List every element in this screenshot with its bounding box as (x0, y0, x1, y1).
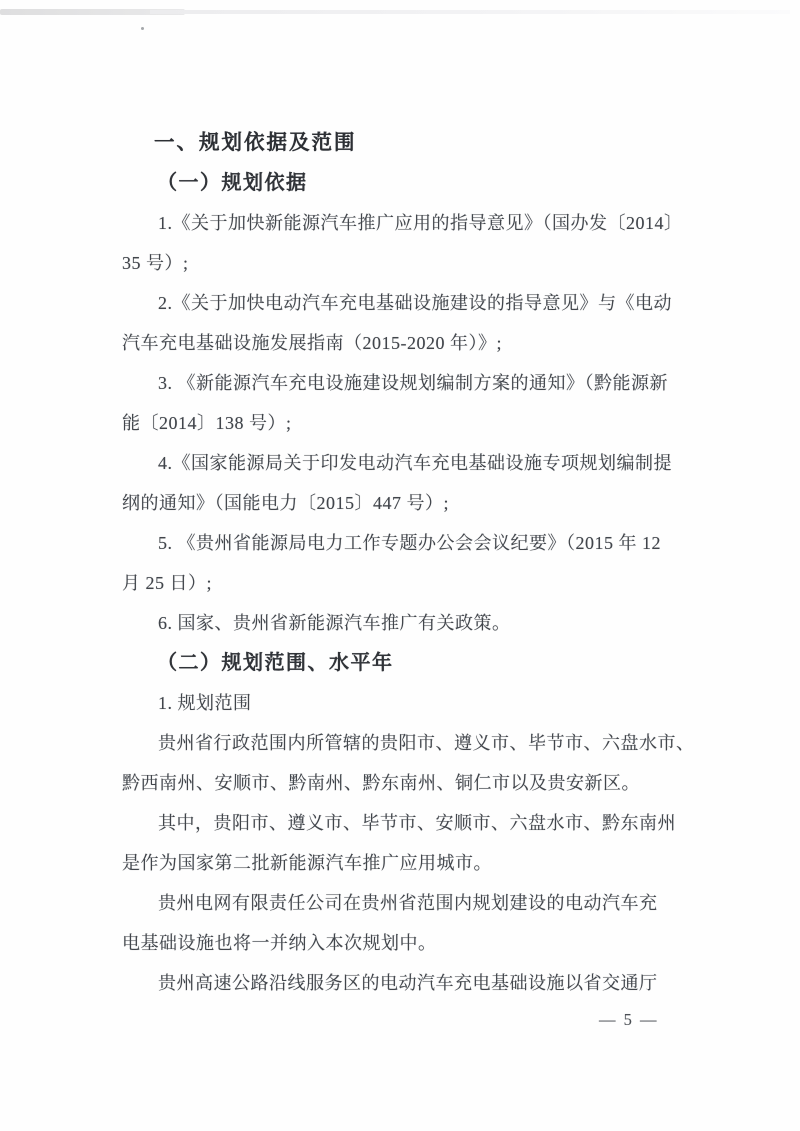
body-line: 其中，贵阳市、遵义市、毕节市、安顺市、六盘水市、黔东南州 (158, 810, 676, 836)
subsection-heading-2: （二）规划范围、水平年 (157, 650, 394, 676)
body-line: 3. 《新能源汽车充电设施建设规划编制方案的通知》（黔能源新 (158, 370, 668, 396)
body-line: 纲的通知》（国能电力〔2015〕447 号）; (122, 490, 449, 516)
body-line: 贵州电网有限责任公司在贵州省范围内规划建设的电动汽车充 (158, 890, 658, 916)
body-line: 月 25 日）; (122, 570, 212, 596)
page-number: — 5 — (599, 1008, 659, 1032)
scan-artifact-dot (141, 27, 144, 30)
scan-artifact-band-faint (150, 10, 790, 14)
body-line: 1.《关于加快新能源汽车推广应用的指导意见》（国办发〔2014〕 (158, 210, 683, 236)
body-line: 贵州省行政范围内所管辖的贵阳市、遵义市、毕节市、六盘水市、 (158, 730, 695, 756)
body-line: 5. 《贵州省能源局电力工作专题办公会会议纪要》（2015 年 12 (158, 530, 661, 556)
body-line: 汽车充电基础设施发展指南（2015-2020 年）》; (122, 330, 502, 356)
body-line: 黔西南州、安顺市、黔南州、黔东南州、铜仁市以及贵安新区。 (122, 770, 640, 796)
body-line: 电基础设施也将一并纳入本次规划中。 (122, 930, 437, 956)
body-line: 是作为国家第二批新能源汽车推广应用城市。 (122, 850, 492, 876)
section-heading: 一、规划依据及范围 (154, 130, 357, 156)
subsection-heading-1: （一）规划依据 (157, 170, 308, 196)
document-page: 一、规划依据及范围 （一）规划依据 1.《关于加快新能源汽车推广应用的指导意见》… (0, 0, 800, 1131)
body-line: 6. 国家、贵州省新能源汽车推广有关政策。 (158, 610, 511, 636)
body-line: 贵州高速公路沿线服务区的电动汽车充电基础设施以省交通厅 (158, 970, 658, 996)
body-line: 能〔2014〕138 号）; (122, 410, 292, 436)
body-line: 4.《国家能源局关于印发电动汽车充电基础设施专项规划编制提 (158, 450, 672, 476)
body-line: 35 号）; (122, 250, 189, 276)
body-line: 1. 规划范围 (158, 690, 252, 716)
body-line: 2.《关于加快电动汽车充电基础设施建设的指导意见》与《电动 (158, 290, 672, 316)
